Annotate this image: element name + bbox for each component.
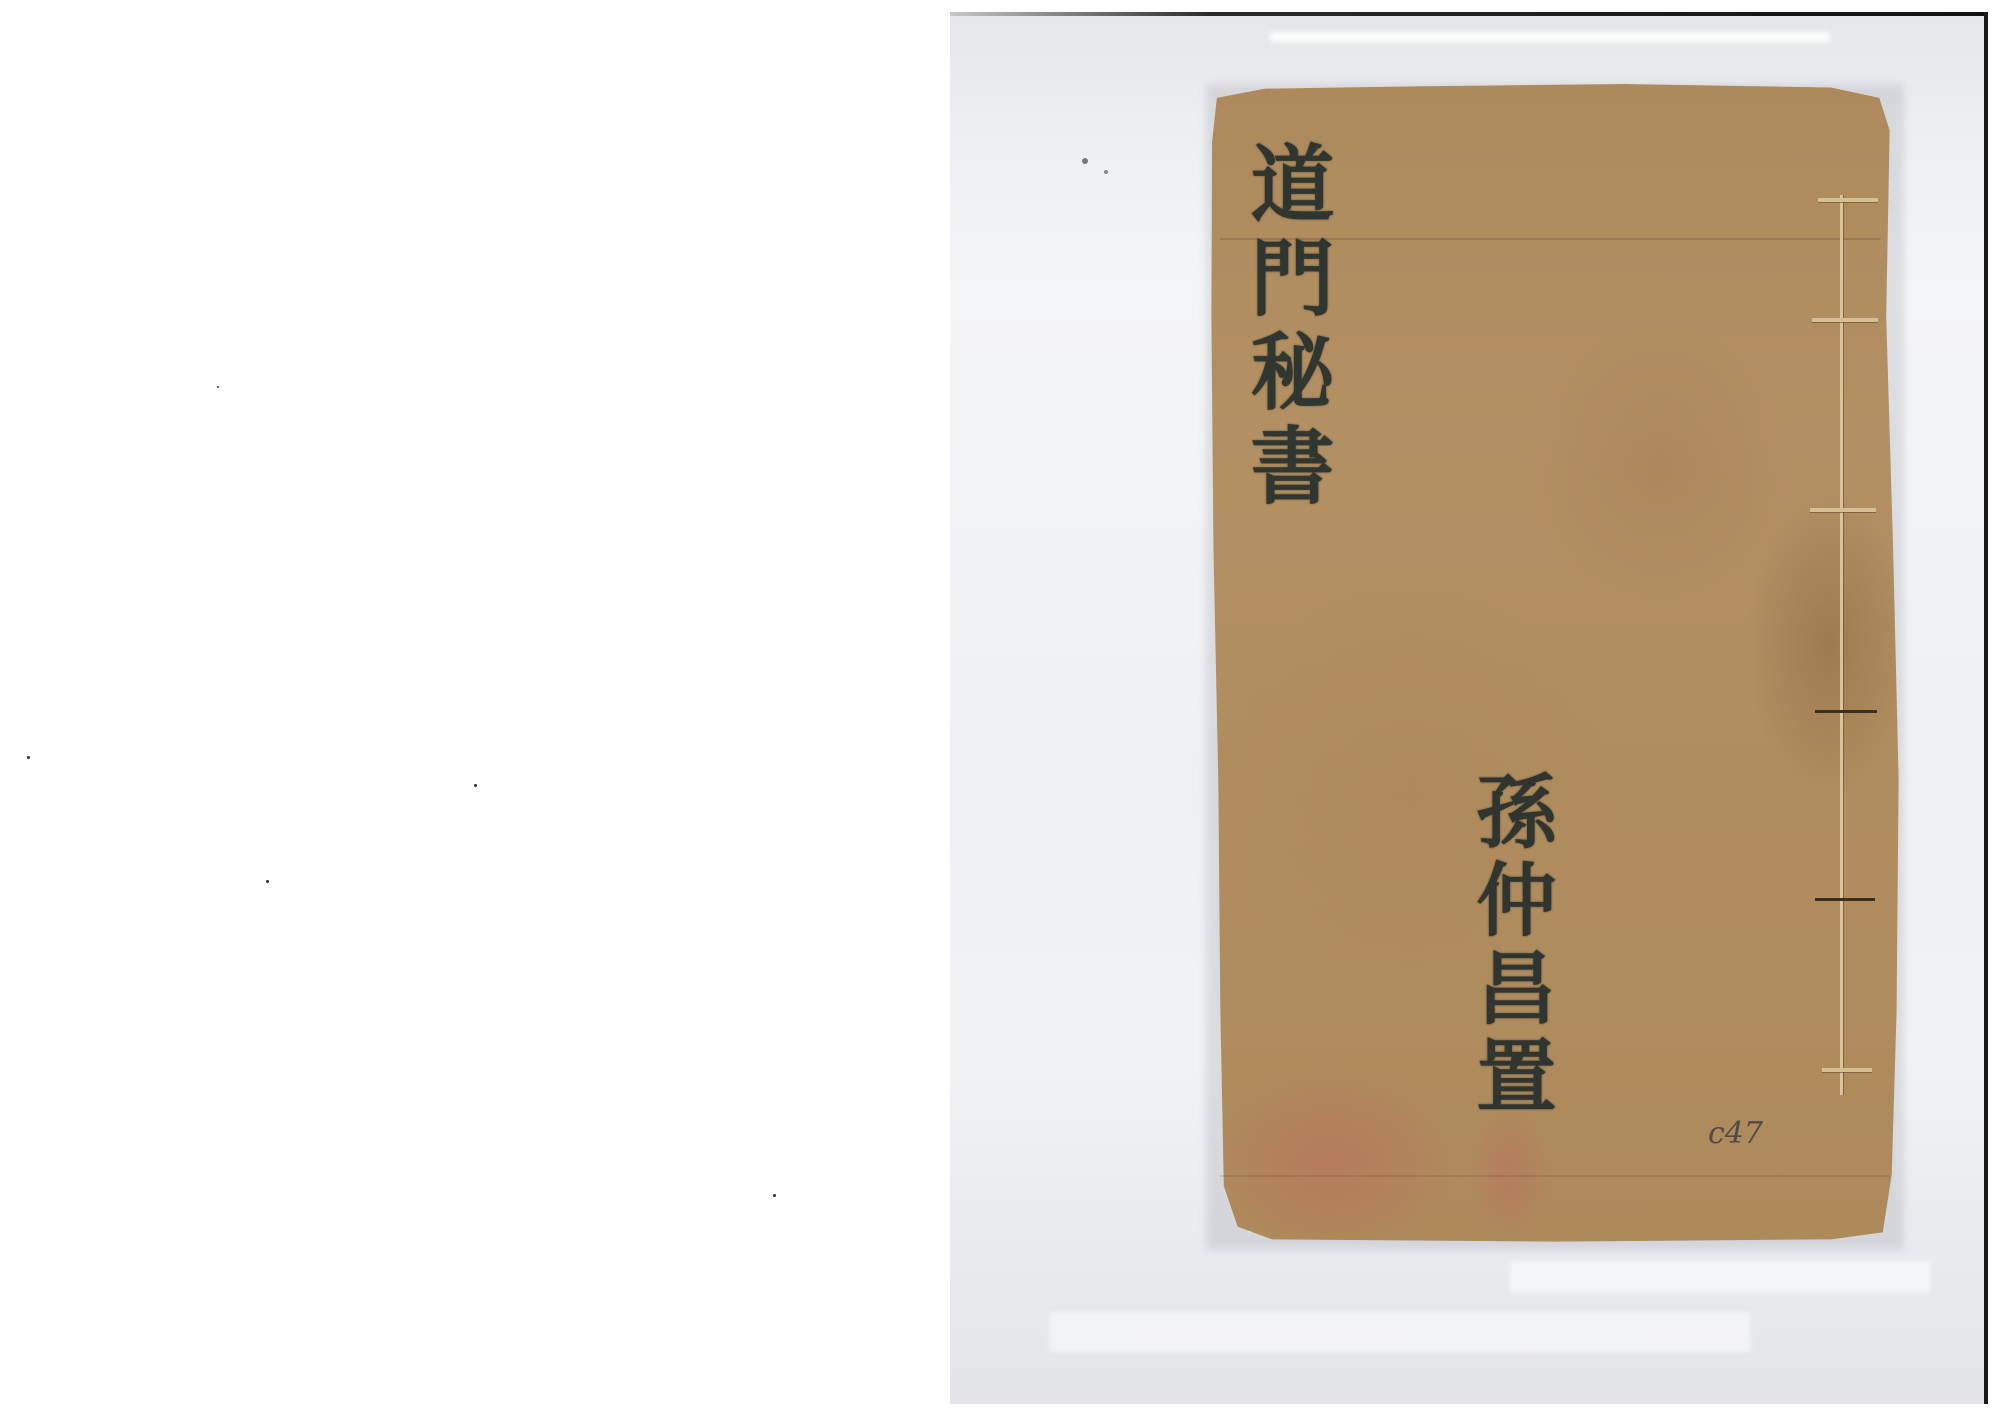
binding-stitch xyxy=(1818,198,1878,202)
binding-cord xyxy=(1840,195,1843,1095)
pencil-mark: c47 xyxy=(1708,1116,1763,1151)
dust-speck xyxy=(27,756,30,759)
dust-speck xyxy=(773,1194,776,1197)
binding-stitch xyxy=(1815,710,1877,713)
binding-stitch xyxy=(1815,898,1875,901)
binding-stitch xyxy=(1812,318,1878,322)
dust-speck xyxy=(474,784,477,787)
owner-inscription: 孫仲昌置 xyxy=(1462,770,1558,1122)
dust-speck xyxy=(1082,158,1088,164)
dust-speck xyxy=(266,880,269,883)
scanner-glare xyxy=(1270,32,1830,42)
dust-speck xyxy=(217,386,219,388)
dust-speck xyxy=(1104,170,1108,174)
scanner-glare xyxy=(1510,1262,1930,1292)
binding-stitch xyxy=(1822,1068,1872,1072)
scan-page: 道門秘書 孫仲昌置 c47 xyxy=(0,0,2000,1414)
cover-title: 道門秘書 xyxy=(1238,140,1334,516)
binding-stitch xyxy=(1810,508,1876,512)
scanner-glare xyxy=(1050,1312,1750,1352)
fold-crease xyxy=(1220,1175,1890,1177)
